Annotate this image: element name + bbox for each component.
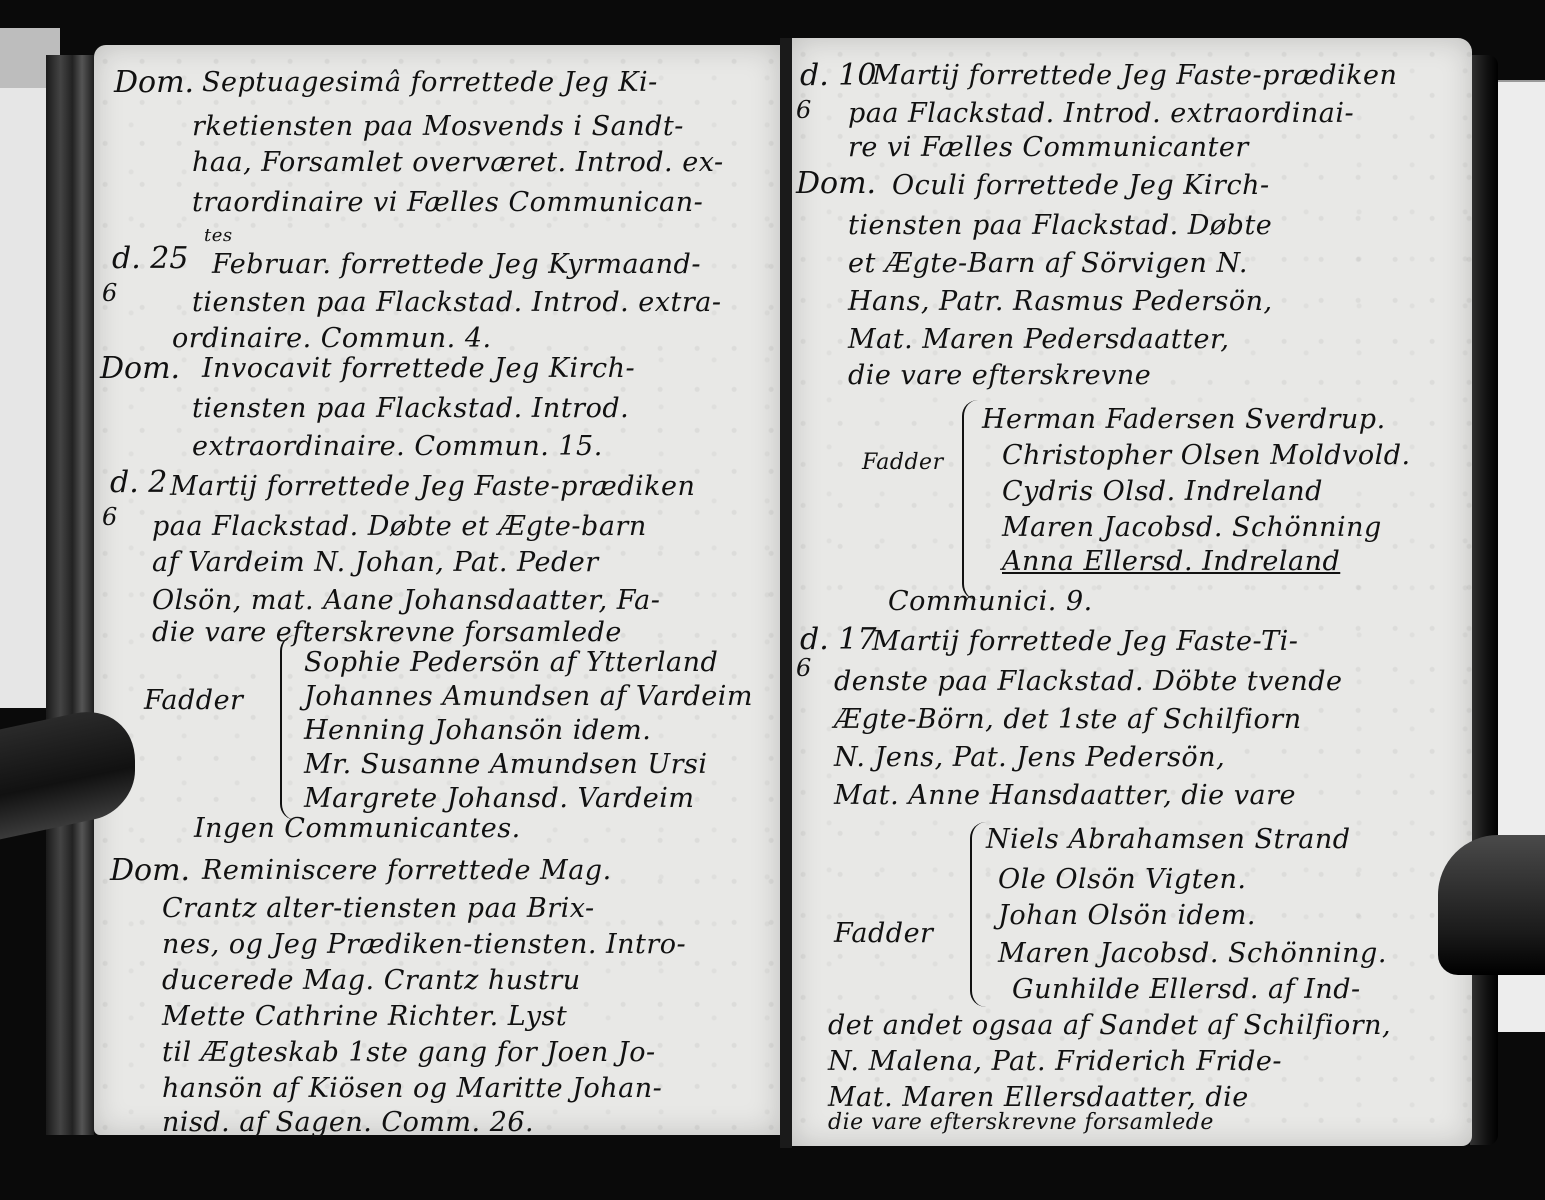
margin-marker: d. 2 (110, 465, 167, 500)
text-line: Februar. forrettede Jeg Kyrmaand- (212, 249, 701, 280)
book-cover-edge-right (1470, 55, 1498, 1145)
entry-closing: Ingen Communicantes. (194, 813, 521, 844)
left-page: Dom. Septuagesimâ forrettede Jeg Ki- rke… (94, 45, 780, 1135)
text-line: tes (204, 225, 233, 246)
text-line: tiensten paa Flackstad. Introd. (192, 393, 629, 424)
sponsors-brace (280, 635, 296, 820)
background-surface-left (0, 88, 48, 708)
sponsors-label: Fadder (862, 450, 944, 475)
right-page: d. 10 6 Martij forrettede Jeg Faste-præd… (792, 38, 1472, 1146)
margin-marker-sub: 6 (102, 503, 117, 531)
sponsor-name: Maren Jacobsd. Schönning. (998, 938, 1387, 969)
margin-marker: Dom. (100, 351, 180, 386)
text-line: tiensten paa Flackstad. Døbte (848, 210, 1272, 241)
text-line: nisd. af Sagen. Comm. 26. (162, 1107, 534, 1138)
margin-marker-sub: 6 (796, 654, 811, 682)
text-line: Martij forrettede Jeg Faste-Ti- (872, 626, 1298, 657)
text-line: re vi Fælles Communicanter (848, 132, 1249, 163)
text-line: N. Malena, Pat. Friderich Fride- (828, 1046, 1282, 1077)
sponsor-name: Cydris Olsd. Indreland (1002, 476, 1323, 507)
sponsor-name: Johannes Amundsen af Vardeim (304, 681, 753, 712)
text-line: Mat. Maren Ellersdaatter, die (828, 1082, 1249, 1113)
book-clamp-right (1438, 835, 1545, 975)
text-line: Olsön, mat. Aane Johansdaatter, Fa- (152, 585, 660, 616)
margin-marker: d. 25 (112, 241, 188, 276)
margin-marker: Dom. (796, 166, 876, 201)
text-line: Mat. Maren Pedersdaatter, (848, 324, 1230, 355)
text-line: N. Jens, Pat. Jens Pedersön, (834, 742, 1225, 773)
sponsor-name: Mr. Susanne Amundsen Ursi (304, 749, 708, 780)
margin-marker: d. 10 (800, 58, 876, 93)
sponsor-name: Maren Jacobsd. Schönning (1002, 512, 1382, 543)
margin-marker: Dom. (110, 853, 190, 888)
text-line: Ægte-Börn, det 1ste af Schilfiorn (834, 704, 1302, 735)
sponsor-name: Sophie Pedersön af Ytterland (304, 647, 718, 678)
text-line: Mat. Anne Hansdaatter, die vare (834, 780, 1296, 811)
margin-marker: Dom. (114, 65, 194, 100)
text-line: hansön af Kiösen og Maritte Johan- (162, 1073, 662, 1104)
text-line: Mette Cathrine Richter. Lyst (162, 1001, 567, 1032)
sponsors-label: Fadder (144, 685, 243, 716)
sponsor-name: Margrete Johansd. Vardeim (304, 783, 695, 814)
text-line: Crantz alter-tiensten paa Brix- (162, 893, 595, 924)
text-line: tiensten paa Flackstad. Introd. extra- (192, 287, 721, 318)
text-line: paa Flackstad. Døbte et Ægte-barn (152, 511, 647, 542)
text-line: die vare efterskrevne forsamlede (828, 1110, 1214, 1135)
text-line: extraordinaire. Commun. 15. (192, 431, 603, 462)
text-line: Martij forrettede Jeg Faste-prædiken (170, 471, 695, 502)
sponsors-brace (970, 822, 986, 1007)
text-line: af Vardeim N. Johan, Pat. Peder (152, 547, 599, 578)
text-line: nes, og Jeg Prædiken-tiensten. Intro- (162, 929, 686, 960)
sponsor-name: Anna Ellersd. Indreland (1002, 546, 1340, 577)
text-line: et Ægte-Barn af Sörvigen N. (848, 248, 1248, 279)
text-line: ducerede Mag. Crantz hustru (162, 965, 581, 996)
sponsor-name: Johan Olsön idem. (998, 900, 1256, 931)
sponsor-name: Herman Fadersen Sverdrup. (982, 404, 1386, 435)
text-line: denste paa Flackstad. Döbte tvende (834, 666, 1343, 697)
book-cover-edge-left (46, 55, 94, 1135)
text-line: paa Flackstad. Introd. extraordinai- (848, 98, 1354, 129)
sponsors-brace (962, 400, 978, 600)
margin-marker-sub: 6 (102, 279, 117, 307)
sponsors-label: Fadder (834, 918, 933, 949)
sponsor-name: Christopher Olsen Moldvold. (1002, 440, 1411, 471)
sponsor-name: Henning Johansön idem. (304, 715, 651, 746)
text-line: Reminiscere forrettede Mag. (202, 855, 612, 886)
text-line: Oculi forrettede Jeg Kirch- (892, 170, 1270, 201)
text-line: rketiensten paa Mosvends i Sandt- (192, 111, 684, 142)
text-line: Invocavit forrettede Jeg Kirch- (202, 353, 635, 384)
text-line: det andet ogsaa af Sandet af Schilfiorn, (828, 1010, 1391, 1041)
text-line: die vare efterskrevne (848, 360, 1151, 391)
text-line: ordinaire. Commun. 4. (172, 323, 492, 354)
margin-marker-sub: 6 (796, 96, 811, 124)
text-line: Hans, Patr. Rasmus Pedersön, (848, 286, 1273, 317)
page-gutter (780, 38, 792, 1148)
text-line: Martij forrettede Jeg Faste-prædiken (872, 60, 1397, 91)
text-line: haa, Forsamlet overværet. Introd. ex- (192, 147, 724, 178)
entry-closing: Communici. 9. (888, 586, 1093, 617)
text-line: til Ægteskab 1ste gang for Joen Jo- (162, 1037, 656, 1068)
sponsor-name: Gunhilde Ellersd. af Ind- (1012, 974, 1361, 1005)
sponsor-name: Ole Olsön Vigten. (998, 864, 1246, 895)
text-line: die vare efterskrevne forsamlede (152, 617, 622, 648)
text-line: Septuagesimâ forrettede Jeg Ki- (202, 67, 658, 98)
text-line: traordinaire vi Fælles Communican- (192, 187, 703, 218)
margin-marker: d. 17 (800, 622, 876, 657)
sponsor-name: Niels Abrahamsen Strand (986, 824, 1351, 855)
